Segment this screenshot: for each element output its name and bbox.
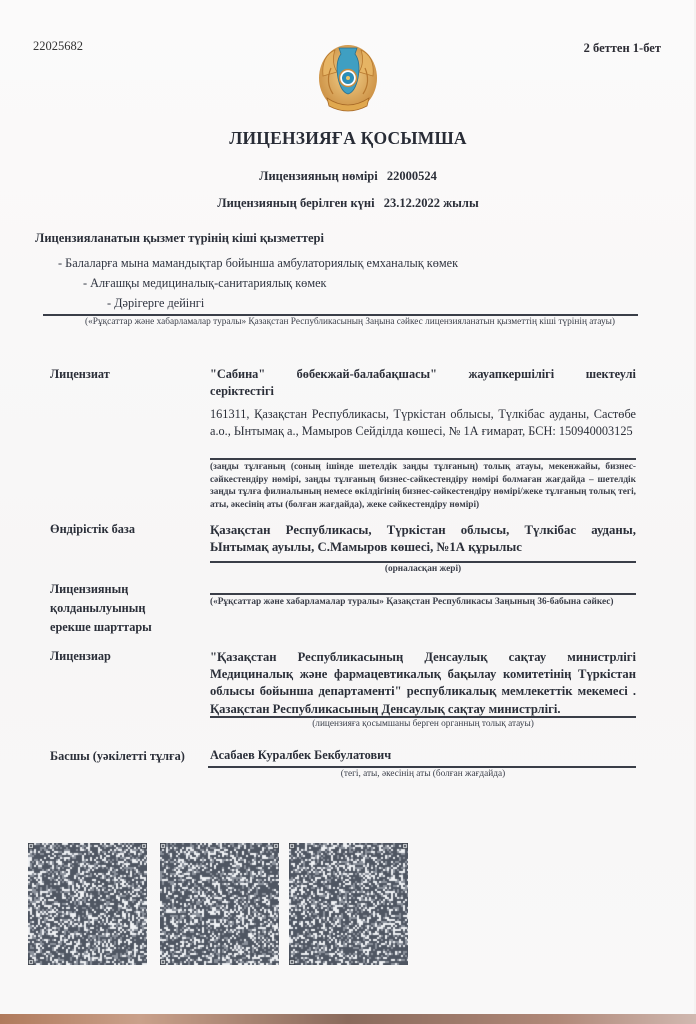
special-conditions-note: («Рұқсаттар және хабарламалар туралы» Қа… — [210, 596, 636, 609]
divider — [210, 593, 636, 595]
divider — [210, 458, 636, 460]
production-base-label: Өндірістік база — [50, 520, 135, 539]
issue-date-label: Лицензияның берілген күні — [217, 196, 374, 211]
licensee-name-word: бөбекжай-балабақшасы" — [297, 366, 437, 383]
licensee-name-word: жауапкершілігі — [468, 366, 554, 383]
state-emblem-icon — [317, 38, 379, 116]
subtype-item: - Балаларға мына мамандықтар бойынша амб… — [58, 256, 458, 271]
document-number: 22025682 — [33, 39, 83, 54]
subtypes-heading: Лицензияланатын қызмет түрінің кіші қызм… — [35, 231, 324, 246]
license-number-value: 22000524 — [387, 169, 437, 184]
licensee-address: 161311, Қазақстан Республикасы, Түркіста… — [210, 406, 636, 439]
subtype-item: - Алғашқы медициналық-санитариялық көмек — [83, 276, 327, 291]
issue-date-row: Лицензияның берілген күні 23.12.2022 жыл… — [0, 196, 696, 211]
head-value: Асабаев Куралбек Бекбулатович — [210, 748, 391, 763]
production-base-note: (орналасқан жері) — [210, 563, 636, 575]
subtypes-note: («Рұқсаттар және хабарламалар туралы» Қа… — [55, 316, 645, 328]
licensee-label: Лицензиат — [50, 365, 110, 384]
page-indicator: 2 беттен 1-бет — [584, 41, 661, 56]
special-conditions-label: Лицензияның қолданылуының ерекше шарттар… — [50, 580, 152, 637]
licensor-note: (лицензияға қосымшаны берген органның то… — [210, 718, 636, 730]
head-note: (тегі, аты, әкесінің аты (болған жағдайд… — [210, 768, 636, 780]
document-page: 22025682 2 беттен 1-бет ЛИЦЕНЗИЯҒА ҚОСЫМ… — [0, 0, 694, 1016]
licensee-name: "Сабина" бөбекжай-балабақшасы" жауапкерш… — [210, 366, 636, 399]
head-label: Басшы (уәкілетті тұлға) — [50, 747, 185, 766]
qr-code-3 — [289, 843, 408, 965]
qr-code-2 — [160, 843, 279, 965]
label-line: Лицензияның — [50, 580, 152, 599]
license-number-row: Лицензияның нөмірі 22000524 — [0, 169, 696, 184]
document-title: ЛИЦЕНЗИЯҒА ҚОСЫМША — [0, 128, 696, 149]
licensee-name-word: шектеулі — [586, 366, 636, 383]
qr-code-1 — [28, 843, 147, 965]
licensor-value: "Қазақстан Республикасының Денсаулық сақ… — [210, 649, 636, 718]
licensee-note: (заңды тұлғаның (соның ішінде шетелдік з… — [210, 461, 636, 511]
page-edge-shadow — [0, 1014, 696, 1024]
issue-date-value: 23.12.2022 жылы — [384, 196, 479, 211]
production-base-value: Қазақстан Республикасы, Түркістан облысы… — [210, 522, 636, 556]
label-line: қолданылуының — [50, 599, 152, 618]
subtype-item: - Дәрігерге дейінгі — [107, 296, 204, 311]
licensee-name-word: "Сабина" — [210, 366, 265, 383]
label-line: ерекше шарттары — [50, 618, 152, 637]
licensor-label: Лицензиар — [50, 647, 111, 666]
licensee-name-line2: серіктестігі — [210, 383, 636, 400]
license-number-label: Лицензияның нөмірі — [259, 169, 378, 184]
